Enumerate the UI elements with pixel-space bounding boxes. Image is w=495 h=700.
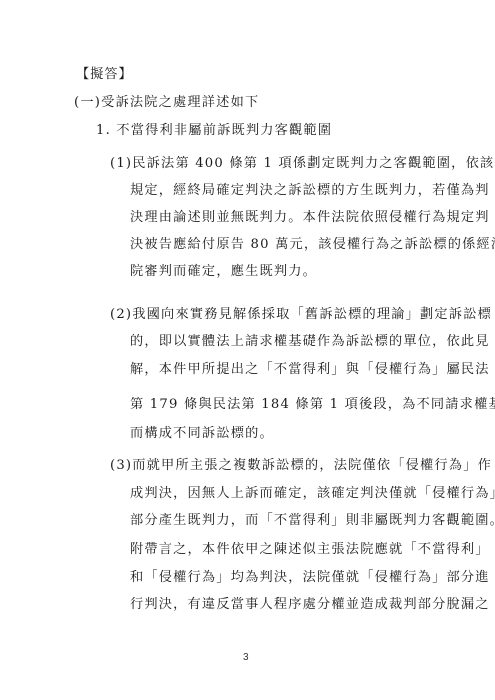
paragraph-line: 而構成不同訴訟標的。	[130, 426, 274, 442]
paragraph-line: (3)而就甲所主張之複數訴訟標的，法院僅依「侵權行為」作	[110, 458, 492, 474]
paragraph-line: 行判決，有違反當事人程序處分權並造成裁判部分脫漏之	[130, 597, 490, 613]
subsection-title: 1. 不當得利非屬前訴既判力客觀範圍	[96, 123, 332, 139]
paragraph-line: 解，本件甲所提出之「不當得利」與「侵權行為」屬民法	[130, 362, 490, 378]
paragraph-line: 決理由論述則並無既判力。本件法院依照侵權行為規定判	[130, 210, 490, 226]
paragraph-line: 附帶言之，本件依甲之陳述似主張法院應就「不當得利」	[130, 542, 490, 558]
paragraph-line: (1)民訴法第 400 條第 1 項係劃定既判力之客觀範圍，依該條	[110, 156, 495, 172]
paragraph-line: (2)我國向來實務見解係採取「舊訴訟標的理論」劃定訴訟標	[110, 307, 492, 323]
paragraph-line: 院審判而確定，應生既判力。	[130, 264, 317, 280]
document-page: 【擬答】 (一)受訴法院之處理詳述如下 1. 不當得利非屬前訴既判力客觀範圍 (…	[0, 0, 495, 700]
paragraph-line: 規定，經終局確定判決之訴訟標的方生既判力，若僅為判	[130, 183, 490, 199]
paragraph-line: 和「侵權行為」均為判決，法院僅就「侵權行為」部分進	[130, 570, 490, 586]
paragraph-line: 部分產生既判力，而「不當得利」則非屬既判力客觀範圍。	[130, 513, 495, 529]
paragraph-line: 第 179 條與民法第 184 條第 1 項後段，為不同請求權基礎	[130, 397, 495, 413]
page-number: 3	[243, 652, 249, 663]
section-title: (一)受訴法院之處理詳述如下	[74, 95, 259, 111]
paragraph-line: 成判決，因無人上訴而確定，該確定判決僅就「侵權行為」	[130, 486, 495, 502]
paragraph-line: 的，即以實體法上請求權基礎作為訴訟標的單位，依此見	[130, 334, 490, 350]
answer-heading: 【擬答】	[76, 67, 133, 83]
paragraph-line: 決被告應給付原告 80 萬元，該侵權行為之訴訟標的係經法	[130, 237, 495, 253]
